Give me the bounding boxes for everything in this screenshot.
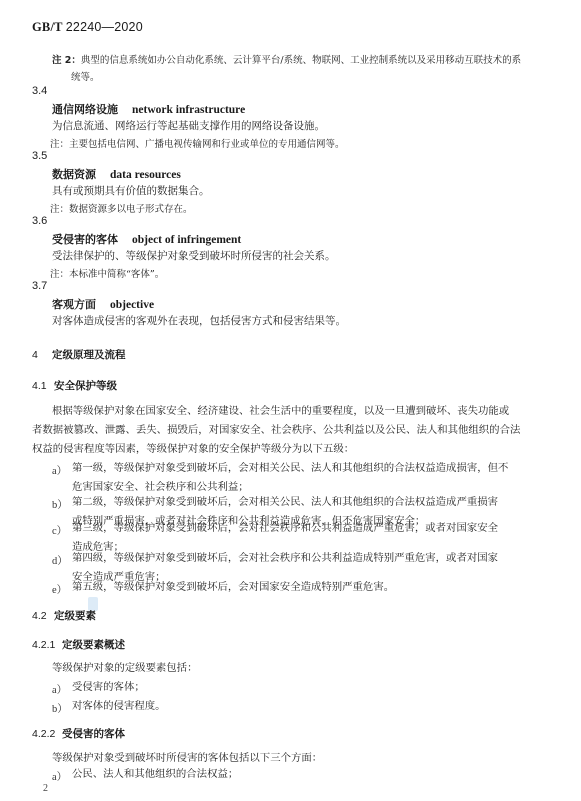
page-number: 2 [43,783,48,794]
standard-header: GB/T 22240—2020 [32,20,143,35]
section-number: 4.2.2 [32,728,62,740]
element-item-2: 对客体的侵害程度。 [72,697,166,716]
note-label: 注 2： [52,55,81,66]
clause-number-3-5: 3.5 [32,150,47,162]
definition-3-5: 具有或预期具有价值的数据集合。 [52,183,210,198]
section-4-2-heading: 4.2定级要素 [32,608,96,623]
note-text-line1: 典型的信息系统如办公自动化系统、云计算平台/系统、物联网、工业控制系统以及采用移… [81,55,521,66]
section-number: 4.1 [32,380,54,392]
section-title: 定级要素 [54,610,96,622]
object-item-1: 公民、法人和其他组织的合法权益； [72,765,238,784]
term-zh: 数据资源 [52,168,96,181]
level-3-line-1: 第三级，等级保护对象受到破坏后，会对社会秩序和公共利益造成严重危害，或者对国家安… [72,519,498,538]
clause-number-3-7: 3.7 [32,280,47,292]
term-en: network infrastructure [132,104,245,116]
list-label-b: b） [52,701,68,716]
section-4-2-2-heading: 4.2.2受侵害的客体 [32,726,125,741]
section-4-1-paragraph-line-1: 根据等级保护对象在国家安全、经济建设、社会生活中的重要程度，以及一旦遭到破坏、丧… [52,402,509,421]
list-label-a: a） [52,463,67,478]
section-title: 受侵害的客体 [62,728,125,740]
term-3-5: 数据资源data resources [52,166,181,182]
note-2: 注 2：典型的信息系统如办公自动化系统、云计算平台/系统、物联网、工业控制系统以… [52,52,521,66]
section-4-2-1-heading: 4.2.1定级要素概述 [32,637,125,652]
note-3-5: 注：数据资源多以电子形式存在。 [50,201,193,215]
list-label-c: c） [52,523,67,538]
section-number: 4.2 [32,610,54,622]
definition-3-4: 为信息流通、网络运行等起基础支撑作用的网络设备设施。 [52,118,325,133]
term-en: data resources [110,169,181,181]
note-3-6: 注：本标准中简称“客体”。 [50,266,164,280]
section-title: 定级要素概述 [62,639,125,651]
note-3-4: 注：主要包括电信网、广播电视传输网和行业或单位的专用通信网等。 [50,136,345,150]
clause-number-3-6: 3.6 [32,215,47,227]
level-4-line-1: 第四级，等级保护对象受到破坏后，会对社会秩序和公共利益造成特别严重危害，或者对国… [72,549,498,568]
definition-3-7: 对客体造成侵害的客观外在表现，包括侵害方式和侵害结果等。 [52,313,346,328]
section-title: 安全保护等级 [54,380,117,392]
term-3-7: 客观方面objective [52,296,154,312]
clause-number-3-4: 3.4 [32,85,47,97]
level-5-line-1: 第五级，等级保护对象受到破坏后，会对国家安全造成特别严重危害。 [72,578,394,597]
term-en: object of infringement [132,234,241,246]
section-4-heading: 4定级原理及流程 [32,347,126,362]
section-4-2-1-intro: 等级保护对象的定级要素包括： [52,659,197,678]
list-label-a: a） [52,769,67,784]
standard-prefix: GB/T [32,20,62,34]
list-label-d: d） [52,553,68,568]
standard-number: 22240—2020 [66,20,143,34]
level-2-line-1: 第二级，等级保护对象受到破坏后，会对相关公民、法人和其他组织的合法权益造成严重损… [72,493,498,512]
list-label-a: a） [52,682,67,697]
section-number: 4 [32,349,52,361]
term-zh: 通信网络设施 [52,103,118,116]
section-number: 4.2.1 [32,639,62,651]
term-zh: 客观方面 [52,298,96,311]
level-1-line-1: 第一级，等级保护对象受到破坏后，会对相关公民、法人和其他组织的合法权益造成损害，… [72,459,508,478]
definition-3-6: 受法律保护的、等级保护对象受到破坏时所侵害的社会关系。 [52,248,336,263]
term-3-4: 通信网络设施network infrastructure [52,101,245,117]
term-zh: 受侵害的客体 [52,233,118,246]
section-4-1-paragraph-line-3: 权益的侵害程度等因素，等级保护对象的安全保护等级分为以下五级： [32,440,354,459]
list-label-b: b） [52,497,68,512]
element-item-1: 受侵害的客体； [72,678,145,697]
term-3-6: 受侵害的客体object of infringement [52,231,241,247]
section-title: 定级原理及流程 [52,349,126,361]
section-4-1-paragraph-line-2: 者数据被篡改、泄露、丢失、损毁后，对国家安全、社会秩序、公共利益以及公民、法人和… [32,421,520,440]
list-label-e: e） [52,582,67,597]
term-en: objective [110,299,154,311]
section-4-1-heading: 4.1安全保护等级 [32,378,117,393]
note-2-continuation: 统等。 [71,69,100,83]
